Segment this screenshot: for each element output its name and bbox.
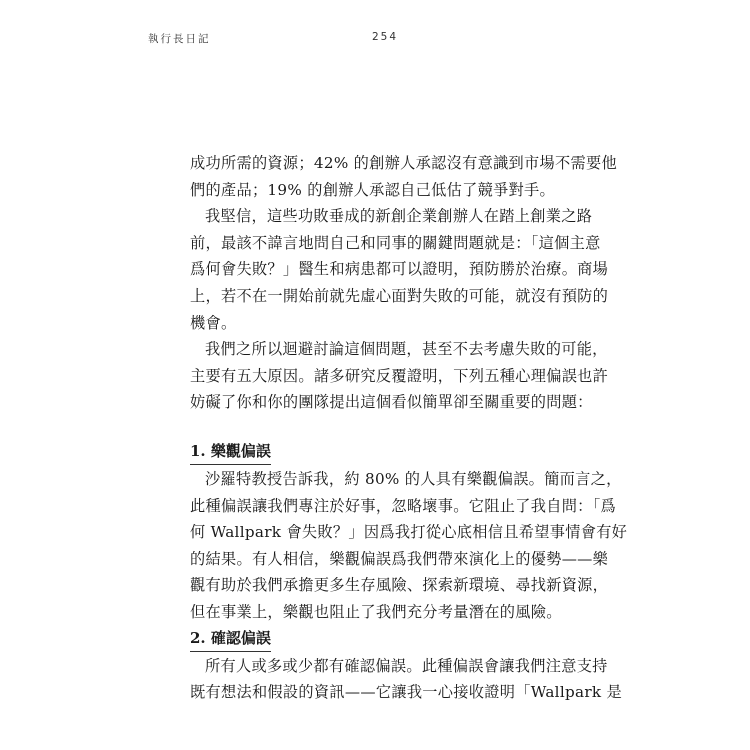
text-line: 此種偏誤讓我們專注於好事，忽略壞事。它阻止了我自問：「爲 [190,493,560,520]
book-title: 執行長日記 [148,31,211,46]
text-line: 成功所需的資源；42% 的創辦人承認沒有意識到市場不需要他 [190,150,560,177]
text-line: 何 Wallpark 會失敗？」因爲我打從心底相信且希望事情會有好 [190,519,560,546]
text-line: 主要有五大原因。諸多研究反覆證明，下列五種心理偏誤也許 [190,363,560,390]
page-number: 254 [372,31,398,43]
running-header: 執行長日記 254 [148,31,588,47]
text-line: 上，若不在一開始前就先虛心面對失敗的可能，就沒有預防的 [190,283,560,310]
section-confirmation-bias: 2. 確認偏誤 所有人或多或少都有確認偏誤。此種偏誤會讓我們注意支持 既有想法和… [190,626,560,706]
section-heading: 1. 樂觀偏誤 [190,439,271,465]
text-line: 所有人或多或少都有確認偏誤。此種偏誤會讓我們注意支持 [190,653,560,680]
text-line: 們的產品；19% 的創辦人承認自己低估了競爭對手。 [190,177,560,204]
text-line: 沙羅特教授告訴我，約 80% 的人具有樂觀偏誤。簡而言之， [190,466,560,493]
paragraph-3: 我們之所以迴避討論這個問題，甚至不去考慮失敗的可能， 主要有五大原因。諸多研究反… [190,336,560,416]
text-line: 妨礙了你和你的團隊提出這個看似簡單卻至關重要的問題： [190,389,560,416]
page-body: 成功所需的資源；42% 的創辦人承認沒有意識到市場不需要他 們的產品；19% 的… [190,150,560,706]
text-line: 我們之所以迴避討論這個問題，甚至不去考慮失敗的可能， [190,336,560,363]
text-line: 機會。 [190,310,560,337]
text-line: 觀有助於我們承擔更多生存風險、探索新環境、尋找新資源， [190,572,560,599]
paragraph-2: 我堅信，這些功敗垂成的新創企業創辦人在踏上創業之路 前，最該不諱言地問自己和同事… [190,203,560,336]
text-line: 前，最該不諱言地問自己和同事的關鍵問題就是：「這個主意 [190,230,560,257]
section-optimism-bias: 1. 樂觀偏誤 沙羅特教授告訴我，約 80% 的人具有樂觀偏誤。簡而言之， 此種… [190,439,560,626]
text-line: 我堅信，這些功敗垂成的新創企業創辦人在踏上創業之路 [190,203,560,230]
text-line: 既有想法和假設的資訊——它讓我一心接收證明「Wallpark 是 [190,679,560,706]
paragraph-1: 成功所需的資源；42% 的創辦人承認沒有意識到市場不需要他 們的產品；19% 的… [190,150,560,203]
text-line: 但在事業上，樂觀也阻止了我們充分考量潛在的風險。 [190,599,560,626]
text-line: 爲何會失敗？」醫生和病患都可以證明，預防勝於治療。商場 [190,256,560,283]
section-heading: 2. 確認偏誤 [190,626,271,652]
section-gap [190,416,560,439]
text-line: 的結果。有人相信，樂觀偏誤爲我們帶來演化上的優勢——樂 [190,546,560,573]
